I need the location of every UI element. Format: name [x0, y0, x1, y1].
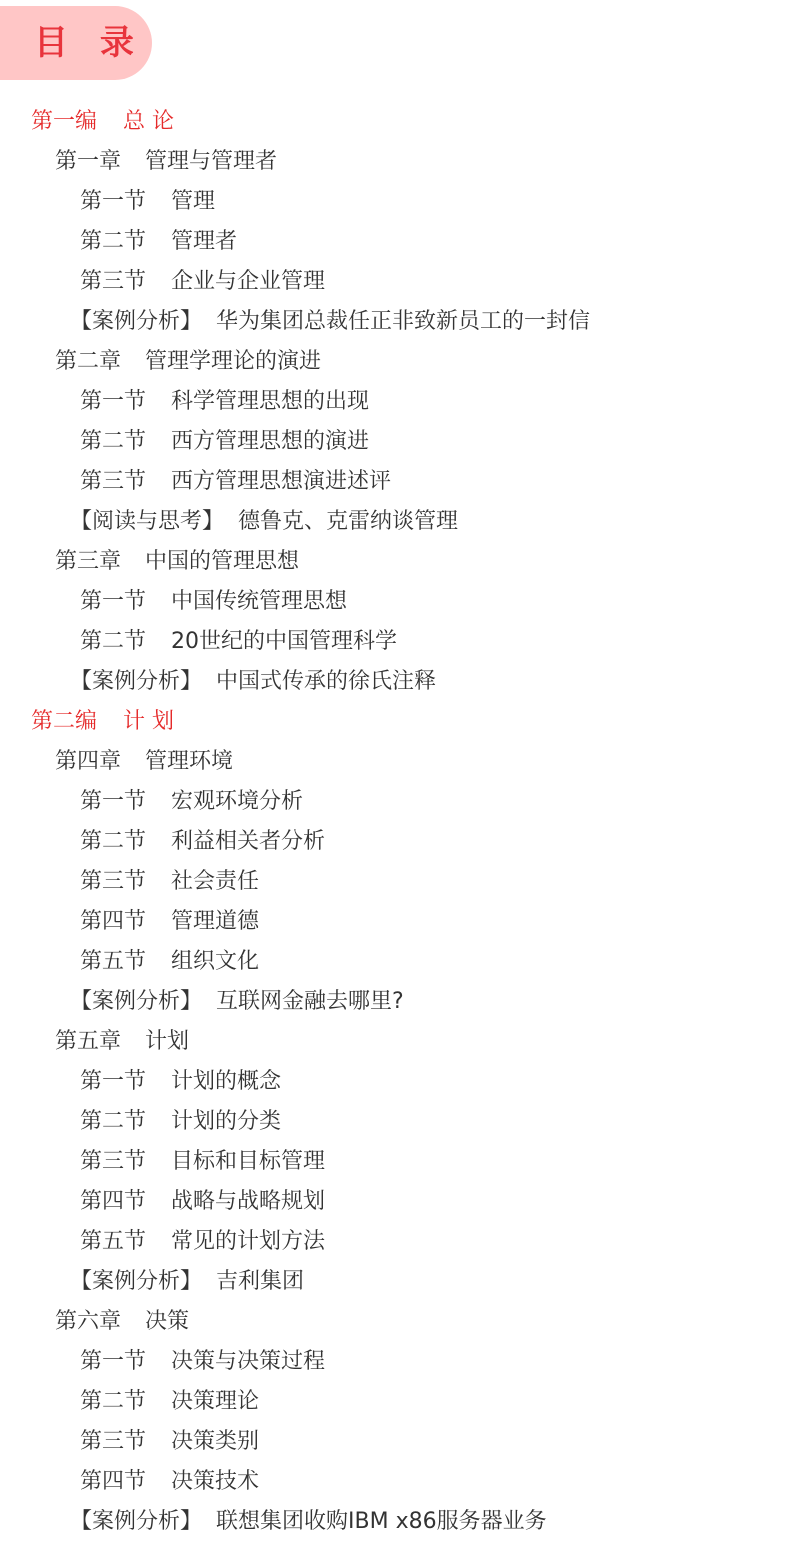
toc-entry-title: 宏观环境分析 — [171, 789, 303, 814]
toc-entry-number: 第五节 — [80, 942, 146, 982]
toc-entry-title: 决策理论 — [171, 1389, 259, 1414]
toc-entry-number: 【案例分析】 — [70, 302, 202, 342]
toc-entry-title: 华为集团总裁任正非致新员工的一封信 — [216, 309, 590, 334]
toc-entry-title: 社会责任 — [171, 869, 259, 894]
toc-section-entry[interactable]: 第一节计划的概念 — [0, 1062, 790, 1102]
toc-section-entry[interactable]: 第二节西方管理思想的演进 — [0, 422, 790, 462]
toc-entry-title: 20世纪的中国管理科学 — [171, 629, 397, 654]
toc-entry-title: 管理环境 — [145, 749, 233, 774]
toc-section-entry[interactable]: 第四节战略与战略规划 — [0, 1182, 790, 1222]
toc-entry-number: 第二节 — [80, 822, 146, 862]
toc-section-entry[interactable]: 第四节管理道德 — [0, 902, 790, 942]
toc-entry-title: 互联网金融去哪里? — [216, 989, 404, 1014]
toc-part-entry[interactable]: 第一编总 论 — [0, 102, 790, 142]
toc-section-entry[interactable]: 第一节科学管理思想的出现 — [0, 382, 790, 422]
toc-section-entry[interactable]: 第一节决策与决策过程 — [0, 1342, 790, 1382]
toc-entry-number: 第一节 — [80, 782, 146, 822]
toc-entry-number: 【案例分析】 — [70, 982, 202, 1022]
toc-section-entry[interactable]: 第二节决策理论 — [0, 1382, 790, 1422]
toc-section-entry[interactable]: 第三节西方管理思想演进述评 — [0, 462, 790, 502]
toc-entry-title: 组织文化 — [171, 949, 259, 974]
toc-chapter-entry[interactable]: 第四章管理环境 — [0, 742, 790, 782]
toc-entry-number: 第一节 — [80, 1342, 146, 1382]
toc-entry-number: 第二节 — [80, 1102, 146, 1142]
toc-case-entry[interactable]: 【案例分析】联想集团收购IBM x86服务器业务 — [0, 1502, 790, 1541]
toc-entry-title: 管理 — [171, 189, 215, 214]
toc-entry-title: 战略与战略规划 — [171, 1189, 325, 1214]
toc-entry-number: 第三节 — [80, 1422, 146, 1462]
toc-entry-number: 第三节 — [80, 262, 146, 302]
toc-entry-title: 总 论 — [123, 109, 174, 134]
toc-entry-title: 西方管理思想演进述评 — [171, 469, 391, 494]
toc-case-entry[interactable]: 【案例分析】中国式传承的徐氏注释 — [0, 662, 790, 702]
toc-entry-title: 计划的概念 — [171, 1069, 281, 1094]
toc-header-badge: 目 录 — [0, 6, 152, 80]
toc-entry-title: 吉利集团 — [216, 1269, 304, 1294]
toc-entry-title: 计划 — [145, 1029, 189, 1054]
toc-chapter-entry[interactable]: 第一章管理与管理者 — [0, 142, 790, 182]
toc-entry-number: 第五章 — [55, 1022, 121, 1062]
toc-entry-title: 决策技术 — [171, 1469, 259, 1494]
toc-entry-title: 利益相关者分析 — [171, 829, 325, 854]
toc-section-entry[interactable]: 第三节企业与企业管理 — [0, 262, 790, 302]
toc-entry-number: 第一节 — [80, 582, 146, 622]
toc-case-entry[interactable]: 【案例分析】华为集团总裁任正非致新员工的一封信 — [0, 302, 790, 342]
toc-entry-title: 西方管理思想的演进 — [171, 429, 369, 454]
toc-chapter-entry[interactable]: 第三章中国的管理思想 — [0, 542, 790, 582]
toc-entry-number: 第一编 — [31, 102, 97, 142]
toc-entry-title: 决策 — [145, 1309, 189, 1334]
toc-entry-title: 常见的计划方法 — [171, 1229, 325, 1254]
toc-case-entry[interactable]: 【案例分析】吉利集团 — [0, 1262, 790, 1302]
toc-section-entry[interactable]: 第五节常见的计划方法 — [0, 1222, 790, 1262]
toc-entry-number: 第二节 — [80, 422, 146, 462]
toc-entry-title: 科学管理思想的出现 — [171, 389, 369, 414]
toc-entry-number: 第二编 — [31, 702, 97, 742]
toc-entry-number: 【案例分析】 — [70, 1502, 202, 1541]
toc-chapter-entry[interactable]: 第五章计划 — [0, 1022, 790, 1062]
toc-entry-number: 第一节 — [80, 1062, 146, 1102]
toc-section-entry[interactable]: 第五节组织文化 — [0, 942, 790, 982]
toc-entry-number: 第一节 — [80, 182, 146, 222]
toc-entry-number: 第二节 — [80, 622, 146, 662]
toc-entry-title: 决策与决策过程 — [171, 1349, 325, 1374]
toc-entry-title: 中国传统管理思想 — [171, 589, 347, 614]
toc-section-entry[interactable]: 第一节管理 — [0, 182, 790, 222]
toc-section-entry[interactable]: 第二节20世纪的中国管理科学 — [0, 622, 790, 662]
toc-entry-number: 第六章 — [55, 1302, 121, 1342]
toc-section-entry[interactable]: 第三节决策类别 — [0, 1422, 790, 1462]
toc-entry-title: 中国的管理思想 — [145, 549, 299, 574]
toc-section-entry[interactable]: 第一节中国传统管理思想 — [0, 582, 790, 622]
toc-entry-title: 企业与企业管理 — [171, 269, 325, 294]
toc-entry-number: 第五节 — [80, 1222, 146, 1262]
toc-chapter-entry[interactable]: 第六章决策 — [0, 1302, 790, 1342]
toc-entry-number: 第一节 — [80, 382, 146, 422]
table-of-contents: 第一编总 论第一章管理与管理者第一节管理第二节管理者第三节企业与企业管理【案例分… — [0, 102, 790, 1541]
toc-section-entry[interactable]: 第三节目标和目标管理 — [0, 1142, 790, 1182]
toc-entry-number: 第一章 — [55, 142, 121, 182]
toc-section-entry[interactable]: 第三节社会责任 — [0, 862, 790, 902]
toc-chapter-entry[interactable]: 第二章管理学理论的演进 — [0, 342, 790, 382]
toc-entry-title: 管理与管理者 — [145, 149, 277, 174]
toc-entry-title: 计 划 — [123, 709, 174, 734]
toc-entry-number: 第四章 — [55, 742, 121, 782]
toc-section-entry[interactable]: 第二节计划的分类 — [0, 1102, 790, 1142]
page-title: 目 录 — [34, 6, 144, 80]
toc-entry-number: 第三章 — [55, 542, 121, 582]
toc-entry-number: 【案例分析】 — [70, 1262, 202, 1302]
toc-entry-number: 第三节 — [80, 862, 146, 902]
toc-entry-number: 第三节 — [80, 462, 146, 502]
toc-entry-number: 第二节 — [80, 222, 146, 262]
toc-case-entry[interactable]: 【案例分析】互联网金融去哪里? — [0, 982, 790, 1022]
toc-part-entry[interactable]: 第二编计 划 — [0, 702, 790, 742]
toc-section-entry[interactable]: 第二节管理者 — [0, 222, 790, 262]
toc-entry-number: 【阅读与思考】 — [70, 502, 224, 542]
toc-entry-number: 第三节 — [80, 1142, 146, 1182]
toc-section-entry[interactable]: 第四节决策技术 — [0, 1462, 790, 1502]
toc-entry-title: 管理道德 — [171, 909, 259, 934]
toc-entry-number: 第二节 — [80, 1382, 146, 1422]
toc-entry-title: 目标和目标管理 — [171, 1149, 325, 1174]
toc-entry-number: 第四节 — [80, 1462, 146, 1502]
toc-section-entry[interactable]: 第一节宏观环境分析 — [0, 782, 790, 822]
toc-entry-title: 中国式传承的徐氏注释 — [216, 669, 436, 694]
toc-case-entry[interactable]: 【阅读与思考】德鲁克、克雷纳谈管理 — [0, 502, 790, 542]
toc-entry-title: 管理者 — [171, 229, 237, 254]
toc-entry-title: 德鲁克、克雷纳谈管理 — [238, 509, 458, 534]
toc-entry-title: 决策类别 — [171, 1429, 259, 1454]
toc-entry-title: 计划的分类 — [171, 1109, 281, 1134]
toc-entry-number: 第二章 — [55, 342, 121, 382]
toc-entry-number: 第四节 — [80, 902, 146, 942]
toc-entry-title: 联想集团收购IBM x86服务器业务 — [216, 1509, 547, 1534]
toc-section-entry[interactable]: 第二节利益相关者分析 — [0, 822, 790, 862]
toc-entry-title: 管理学理论的演进 — [145, 349, 321, 374]
toc-entry-number: 第四节 — [80, 1182, 146, 1222]
toc-entry-number: 【案例分析】 — [70, 662, 202, 702]
